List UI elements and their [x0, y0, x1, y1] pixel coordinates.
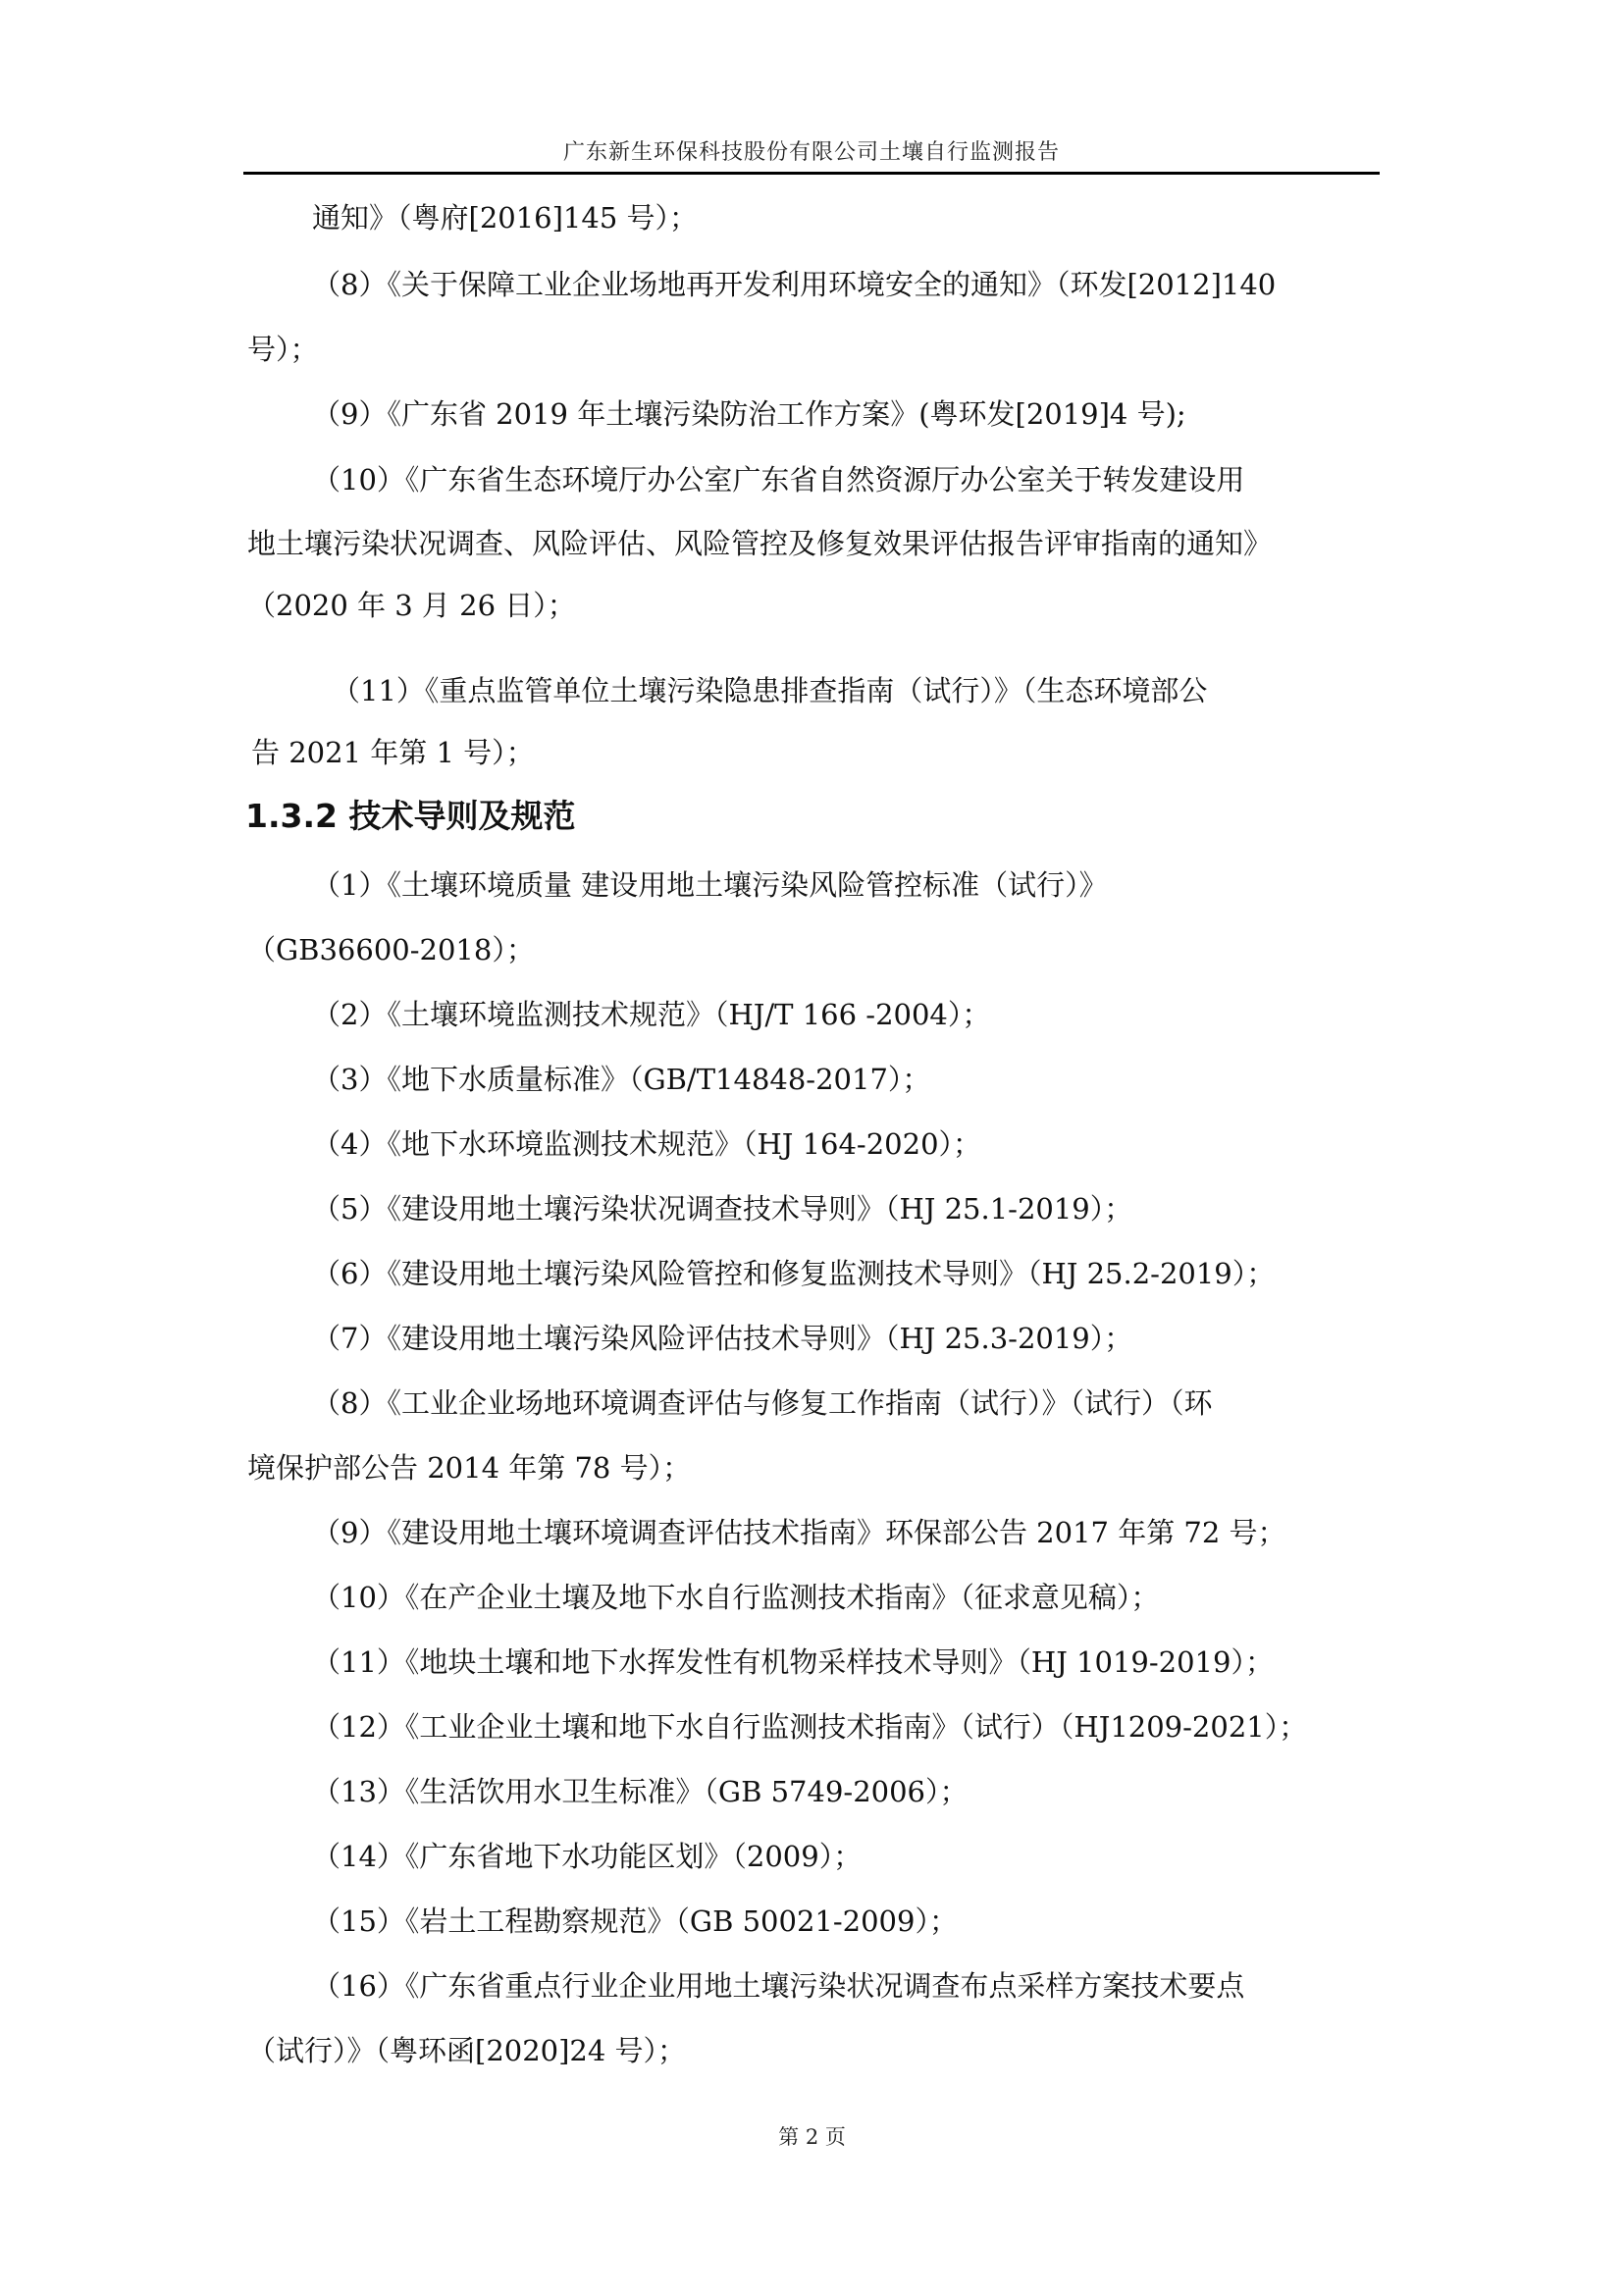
policy-line: （10）《广东省生态环境厅办公室广东省自然资源厅办公室关于转发建设用 [312, 460, 1244, 499]
standard-line: （5）《建设用地土壤污染状况调查技术导则》（HJ 25.1-2019）； [312, 1189, 1132, 1228]
standard-line: （15）《岩土工程勘察规范》（GB 50021-2009）； [312, 1902, 958, 1941]
standard-line: （11）《地块土壤和地下水挥发性有机物采样技术导则》（HJ 1019-2019）… [312, 1643, 1274, 1682]
page-header: 广东新生环保科技股份有限公司土壤自行监测报告 [243, 135, 1380, 166]
policy-line: 号）； [247, 330, 319, 369]
standard-line: （12）《工业企业土壤和地下水自行监测技术指南》（试行）（HJ1209-2021… [312, 1707, 1307, 1747]
standard-line: （4）《地下水环境监测技术规范》（HJ 164-2020）； [312, 1124, 981, 1164]
policy-line: （2020 年 3 月 26 日）； [247, 586, 576, 625]
standard-line: （14）《广东省地下水功能区划》（2009）； [312, 1837, 862, 1876]
standard-line: （9）《建设用地土壤环境调查评估技术指南》环保部公告 2017 年第 72 号； [312, 1513, 1286, 1552]
header-rule [243, 172, 1380, 175]
standard-line: （1）《土壤环境质量 建设用地土壤污染风险管控标准（试行）》 [312, 865, 1108, 905]
policy-line: （9）《广东省 2019 年土壤污染防治工作方案》(粤环发[2019]4 号); [312, 394, 1186, 434]
policy-line: 告 2021 年第 1 号）； [251, 733, 535, 772]
policy-line: （8）《关于保障工业企业场地再开发利用环境安全的通知》（环发[2012]140 [312, 265, 1276, 304]
section-heading: 1.3.2 技术导则及规范 [245, 795, 575, 838]
standard-line: （8）《工业企业场地环境调查评估与修复工作指南（试行）》（试行）（环 [312, 1383, 1212, 1423]
policy-line: 地土壤污染状况调查、风险评估、风险管控及修复效果评估报告评审指南的通知》 [247, 524, 1272, 563]
standard-line: （试行）》（粤环函[2020]24 号）； [247, 2031, 686, 2070]
standard-line: （10）《在产企业土壤及地下水自行监测技术指南》（征求意见稿）； [312, 1578, 1159, 1617]
standard-line: 境保护部公告 2014 年第 78 号）； [247, 1448, 691, 1487]
standard-line: （3）《地下水质量标准》（GB/T14848-2017）； [312, 1060, 930, 1099]
policy-line: （11）《重点监管单位土壤污染隐患排查指南（试行）》（生态环境部公 [332, 671, 1207, 710]
standard-line: （2）《土壤环境监测技术规范》（HJ/T 166 -2004）； [312, 995, 990, 1034]
page-number: 第 2 页 [0, 2121, 1624, 2151]
standard-line: （6）《建设用地土壤污染风险管控和修复监测技术导则》（HJ 25.2-2019）… [312, 1254, 1275, 1293]
standard-line: （16）《广东省重点行业企业用地土壤污染状况调查布点采样方案技术要点 [312, 1966, 1244, 2006]
standard-line: （13）《生活饮用水卫生标准》（GB 5749-2006）； [312, 1772, 969, 1811]
standard-line: （7）《建设用地土壤污染风险评估技术导则》（HJ 25.3-2019）； [312, 1319, 1132, 1358]
policy-line: 通知》（粤府[2016]145 号）； [312, 198, 698, 237]
standard-line: （GB36600-2018）； [247, 930, 535, 969]
